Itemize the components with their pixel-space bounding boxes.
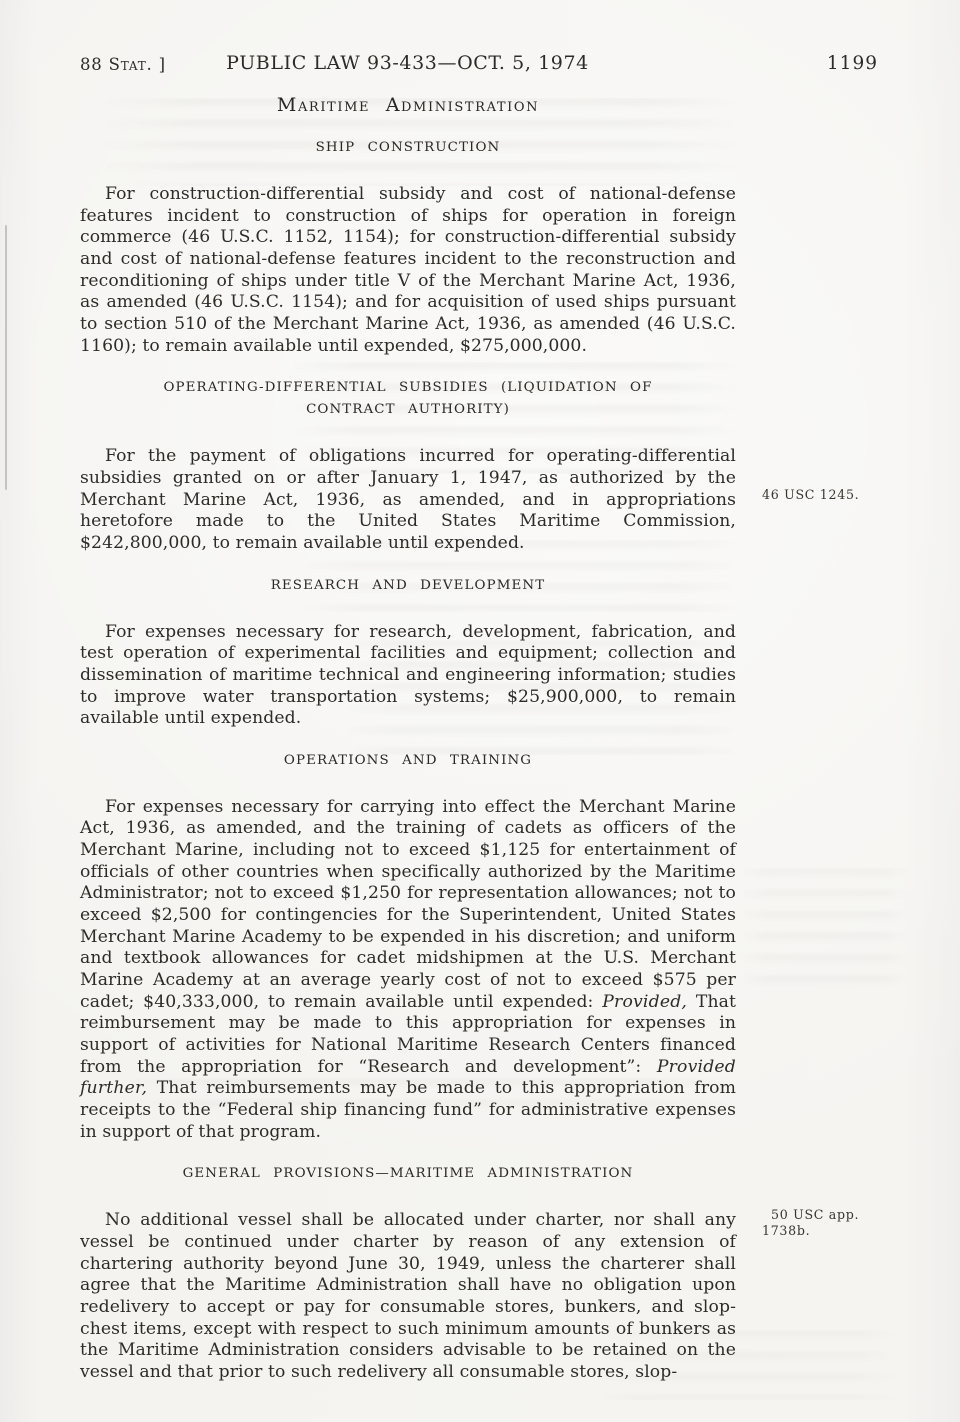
section-heading-ship-construction: SHIP CONSTRUCTION [80,137,736,159]
paragraph-general-provisions: No additional vessel shall be allocated … [80,1210,736,1383]
page-number: 1199 [827,53,878,74]
scanned-statute-page: 88 Stat. ] PUBLIC LAW 93-433—OCT. 5, 197… [0,0,960,1422]
margin-note-usc-citation: 46 USC 1245. [762,487,880,503]
margin-note-text-line2: 1738b. [762,1223,880,1239]
paragraph-text-segment: For expenses necessary for carrying into… [80,797,736,1012]
section-heading-operations-and-training: OPERATIONS AND TRAINING [80,750,736,772]
paragraph-block: For expenses necessary for carrying into… [80,797,736,1144]
margin-note-text: 46 USC 1245. [762,487,859,502]
section-heading-general-provisions: GENERAL PROVISIONS—MARITIME ADMINISTRATI… [80,1163,736,1185]
paragraph-ship-construction: For construction-differential subsidy an… [80,184,736,357]
paragraph-operating-subsidies: For the payment of obligations incurred … [80,446,736,554]
paragraph-block: No additional vessel shall be allocated … [80,1210,736,1383]
proviso-italic: Provided, [602,992,687,1012]
bleedthrough-artifact [740,868,910,988]
paragraph-block: For the payment of obligations incurred … [80,446,736,554]
paragraph-block: For construction-differential subsidy an… [80,184,736,357]
agency-title: Maritime Administration [80,94,736,116]
text-column: Maritime Administration SHIP CONSTRUCTIO… [80,94,736,1384]
paragraph-operations-training: For expenses necessary for carrying into… [80,797,736,1144]
section-heading-research-and-development: RESEARCH AND DEVELOPMENT [80,575,736,597]
paragraph-block: For expenses necessary for research, dev… [80,622,736,730]
margin-note-usc-app-citation: 50 USC app. 1738b. [762,1207,880,1239]
paragraph-research-development: For expenses necessary for research, dev… [80,622,736,730]
section-heading-operating-differential-subsidies: OPERATING-DIFFERENTIAL SUBSIDIES (LIQUID… [126,377,691,421]
margin-note-text-line1: 50 USC app. [762,1207,880,1223]
paragraph-text-segment: That reimbursements may be made to this … [80,1078,736,1141]
scan-edge-artifact [5,225,7,490]
public-law-running-title: PUBLIC LAW 93-433—OCT. 5, 1974 [80,52,735,74]
